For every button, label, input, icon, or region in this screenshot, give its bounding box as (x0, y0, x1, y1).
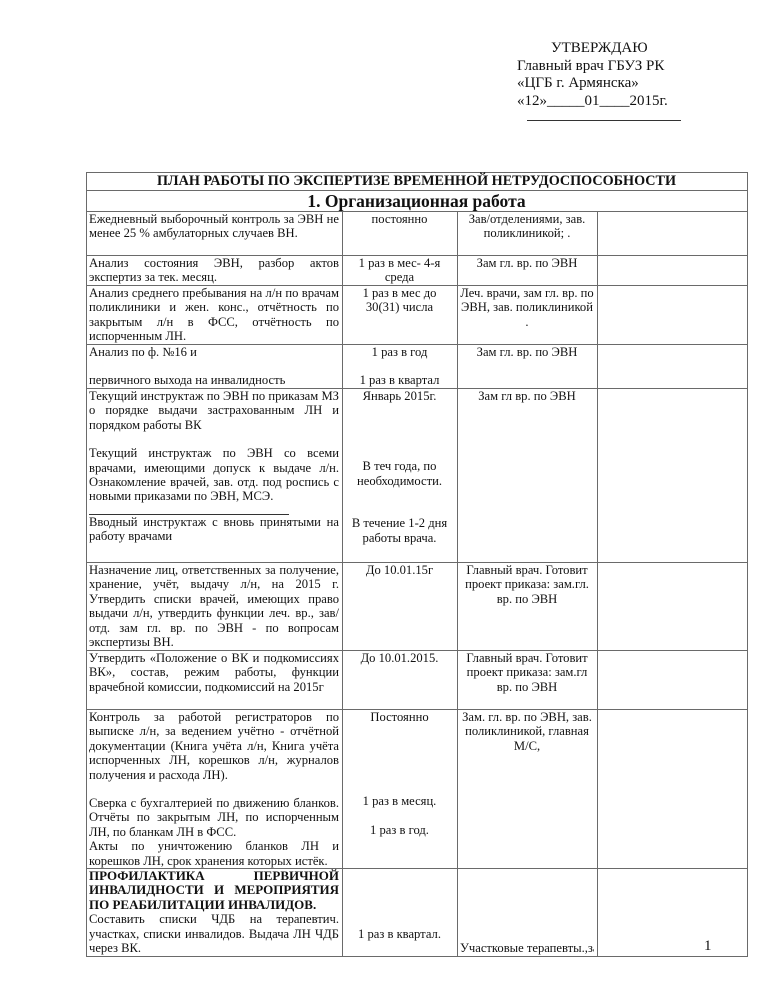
activity-cell: Анализ состояния ЭВН, разбор актов экспе… (87, 256, 343, 286)
signature-line (527, 120, 681, 121)
table-row: Назначение лиц, ответственных за получен… (87, 563, 748, 651)
table-row: Текущий инструктаж по ЭВН по приказам МЗ… (87, 389, 748, 563)
activity-line: Текущий инструктаж по ЭВН по приказам МЗ… (89, 389, 339, 432)
page-number: 1 (704, 938, 712, 955)
activity-cell: Назначение лиц, ответственных за получен… (87, 563, 343, 651)
timing-cell: 1 раз в год 1 раз в квартал (343, 345, 458, 389)
timing-cell: постоянно (343, 212, 458, 256)
responsible-cell: Зам гл вр. по ЭВН (458, 389, 598, 563)
table-row: Контроль за работой регистраторов по вып… (87, 710, 748, 869)
activity-line: Сверка с бухгалтерией по движению бланко… (89, 796, 339, 839)
timing-cell: Постоянно 1 раз в месяц. 1 раз в год. (343, 710, 458, 869)
approval-title: УТВЕРЖДАЮ (517, 40, 717, 58)
activity-cell: Ежедневный выборочный контроль за ЭВН не… (87, 212, 343, 256)
activity-line: Составить списки ЧДБ на терапевтич. учас… (89, 912, 339, 955)
notes-cell (598, 869, 748, 956)
table-row: Анализ по ф. №16 и первичного выхода на … (87, 345, 748, 389)
activity-cell: Текущий инструктаж по ЭВН по приказам МЗ… (87, 389, 343, 563)
timing-line: 1 раз в квартал. (345, 927, 454, 955)
timing-line: Январь 2015г. (345, 389, 454, 403)
activity-line: Вводный инструктаж с вновь принятыми на … (89, 515, 339, 544)
activity-line: Контроль за работой регистраторов по вып… (89, 710, 339, 782)
timing-cell: 1 раз в квартал. (343, 869, 458, 956)
notes-cell (598, 345, 748, 389)
timing-line: Постоянно (345, 710, 454, 724)
table-row: ПРОФИЛАКТИКА ПЕРВИЧНОЙ ИНВАЛИДНОСТИ И МЕ… (87, 869, 748, 956)
timing-cell: 1 раз в мес- 4-я среда (343, 256, 458, 286)
responsible-cell: Зав/отделениями, зав. поликлиникой; . (458, 212, 598, 256)
responsible-cell: Участковые терапевты.,зав.терапе (458, 869, 598, 956)
responsible-line: Участковые терапевты.,зав.терапе (460, 941, 594, 955)
responsible-cell: Зам. гл. вр. по ЭВН, зав. поликлиникой, … (458, 710, 598, 869)
timing-cell: До 10.01.2015. (343, 651, 458, 710)
responsible-cell: Главный врач. Готовит проект приказа: за… (458, 651, 598, 710)
section-heading: ПРОФИЛАКТИКА ПЕРВИЧНОЙ ИНВАЛИДНОСТИ И МЕ… (89, 869, 339, 912)
responsible-cell: Зам гл. вр. по ЭВН (458, 256, 598, 286)
timing-line: 1 раз в месяц. (345, 794, 454, 808)
activity-cell: Анализ по ф. №16 и первичного выхода на … (87, 345, 343, 389)
notes-cell (598, 710, 748, 869)
timing-cell: Январь 2015г. В теч года, по необходимос… (343, 389, 458, 563)
notes-cell (598, 563, 748, 651)
timing-line: 1 раз в год. (345, 823, 454, 837)
timing-cell: 1 раз в мес до 30(31) числа (343, 286, 458, 345)
notes-cell (598, 212, 748, 256)
table-title: ПЛАН РАБОТЫ ПО ЭКСПЕРТИЗЕ ВРЕМЕННОЙ НЕТР… (87, 173, 748, 191)
approval-organization: «ЦГБ г. Армянска» (517, 75, 717, 93)
activity-cell: ПРОФИЛАКТИКА ПЕРВИЧНОЙ ИНВАЛИДНОСТИ И МЕ… (87, 869, 343, 956)
approval-block: УТВЕРЖДАЮ Главный врач ГБУЗ РК «ЦГБ г. А… (517, 40, 717, 121)
table-row: Утвердить «Положение о ВК и подкомиссиях… (87, 651, 748, 710)
activity-line: Анализ по ф. №16 и (89, 345, 197, 359)
approval-position: Главный врач ГБУЗ РК (517, 58, 717, 76)
activity-cell: Контроль за работой регистраторов по вып… (87, 710, 343, 869)
section-title: 1. Организационная работа (87, 191, 748, 212)
responsible-cell: Главный врач. Готовит проект приказа: за… (458, 563, 598, 651)
table-row: Анализ среднего пребывания на л/н по вра… (87, 286, 748, 345)
activity-line: Акты по уничтожению бланков ЛН и корешко… (89, 839, 339, 868)
responsible-cell: Леч. врачи, зам гл. вр. по ЭВН, зав. пол… (458, 286, 598, 345)
notes-cell (598, 256, 748, 286)
notes-cell (598, 651, 748, 710)
section-header-row: 1. Организационная работа (87, 191, 748, 212)
activity-line: первичного выхода на инвалидность (89, 373, 285, 387)
timing-line: 1 раз в квартал (360, 373, 440, 387)
activity-cell: Утвердить «Положение о ВК и подкомиссиях… (87, 651, 343, 710)
timing-line: 1 раз в год (372, 345, 428, 359)
table-title-row: ПЛАН РАБОТЫ ПО ЭКСПЕРТИЗЕ ВРЕМЕННОЙ НЕТР… (87, 173, 748, 191)
timing-line: В течение 1-2 дня работы врача. (345, 516, 454, 545)
table-row: Анализ состояния ЭВН, разбор актов экспе… (87, 256, 748, 286)
timing-line: В теч года, по необходимости. (345, 459, 454, 488)
notes-cell (598, 286, 748, 345)
responsible-cell: Зам гл. вр. по ЭВН (458, 345, 598, 389)
table-row: Ежедневный выборочный контроль за ЭВН не… (87, 212, 748, 256)
activity-line: Текущий инструктаж по ЭВН со всеми врача… (89, 446, 339, 504)
notes-cell (598, 389, 748, 563)
activity-cell: Анализ среднего пребывания на л/н по вра… (87, 286, 343, 345)
work-plan-table: ПЛАН РАБОТЫ ПО ЭКСПЕРТИЗЕ ВРЕМЕННОЙ НЕТР… (86, 172, 748, 957)
timing-cell: До 10.01.15г (343, 563, 458, 651)
approval-date: «12»_____01____2015г. (517, 93, 717, 111)
